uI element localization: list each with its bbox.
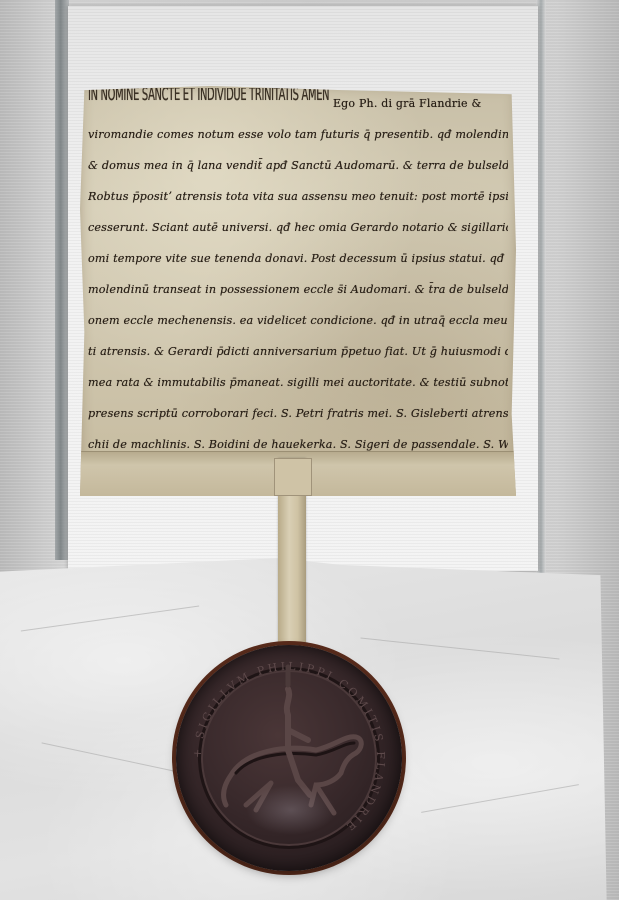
- tissue-crease: [42, 742, 189, 774]
- charter-line: & domus mea in q̄ lana vendit̄ apđ Sanct…: [88, 150, 508, 181]
- equestrian-figure: [176, 645, 402, 871]
- horse-rider-icon: [176, 645, 402, 871]
- charter-line: ti atrensis. & Gerardi p̄dicti anniversa…: [88, 336, 508, 367]
- charter-line: cesserunt. Sciant autē universi. qđ hec…: [88, 212, 508, 243]
- charter-line-1: IN NOMINE SANCTE ET INDIVIDUE TRINITATIS…: [88, 88, 508, 119]
- wax-seal: + SIGILLVM PHILIPPI COMITIS FLANDRIE: [176, 645, 402, 871]
- charter-line: presens scriptū corroborari feci. S. Pe…: [88, 398, 508, 429]
- left-fold-shadow: [55, 0, 69, 560]
- charter-line: onem eccle mechenensis. ea videlicet con…: [88, 305, 508, 336]
- seal-tag-loop: [274, 458, 312, 496]
- charter-line: viromandie comes notum esse volo tam fut…: [88, 119, 508, 150]
- charter-line: Robtus p̄positʼ atrensis tota vita sua a…: [88, 181, 508, 212]
- charter-line: omi tempore vite sue tenenda donavi. Pos…: [88, 243, 508, 274]
- invocation: IN NOMINE SANCTE ET INDIVIDUE TRINITATIS…: [88, 88, 329, 119]
- charter-line: molendinū transeat in possessionem eccl…: [88, 274, 508, 305]
- charter-text: IN NOMINE SANCTE ET INDIVIDUE TRINITATIS…: [88, 88, 508, 460]
- charter-parchment: IN NOMINE SANCTE ET INDIVIDUE TRINITATIS…: [80, 86, 516, 496]
- charter-line: mea rata & immutabilis p̄maneat. sigilli…: [88, 367, 508, 398]
- tissue-crease: [421, 784, 579, 813]
- tissue-crease: [21, 605, 199, 631]
- charter-line: Ego Ph. di grā Flandrie &: [333, 97, 482, 110]
- seal-highlight: [246, 785, 336, 835]
